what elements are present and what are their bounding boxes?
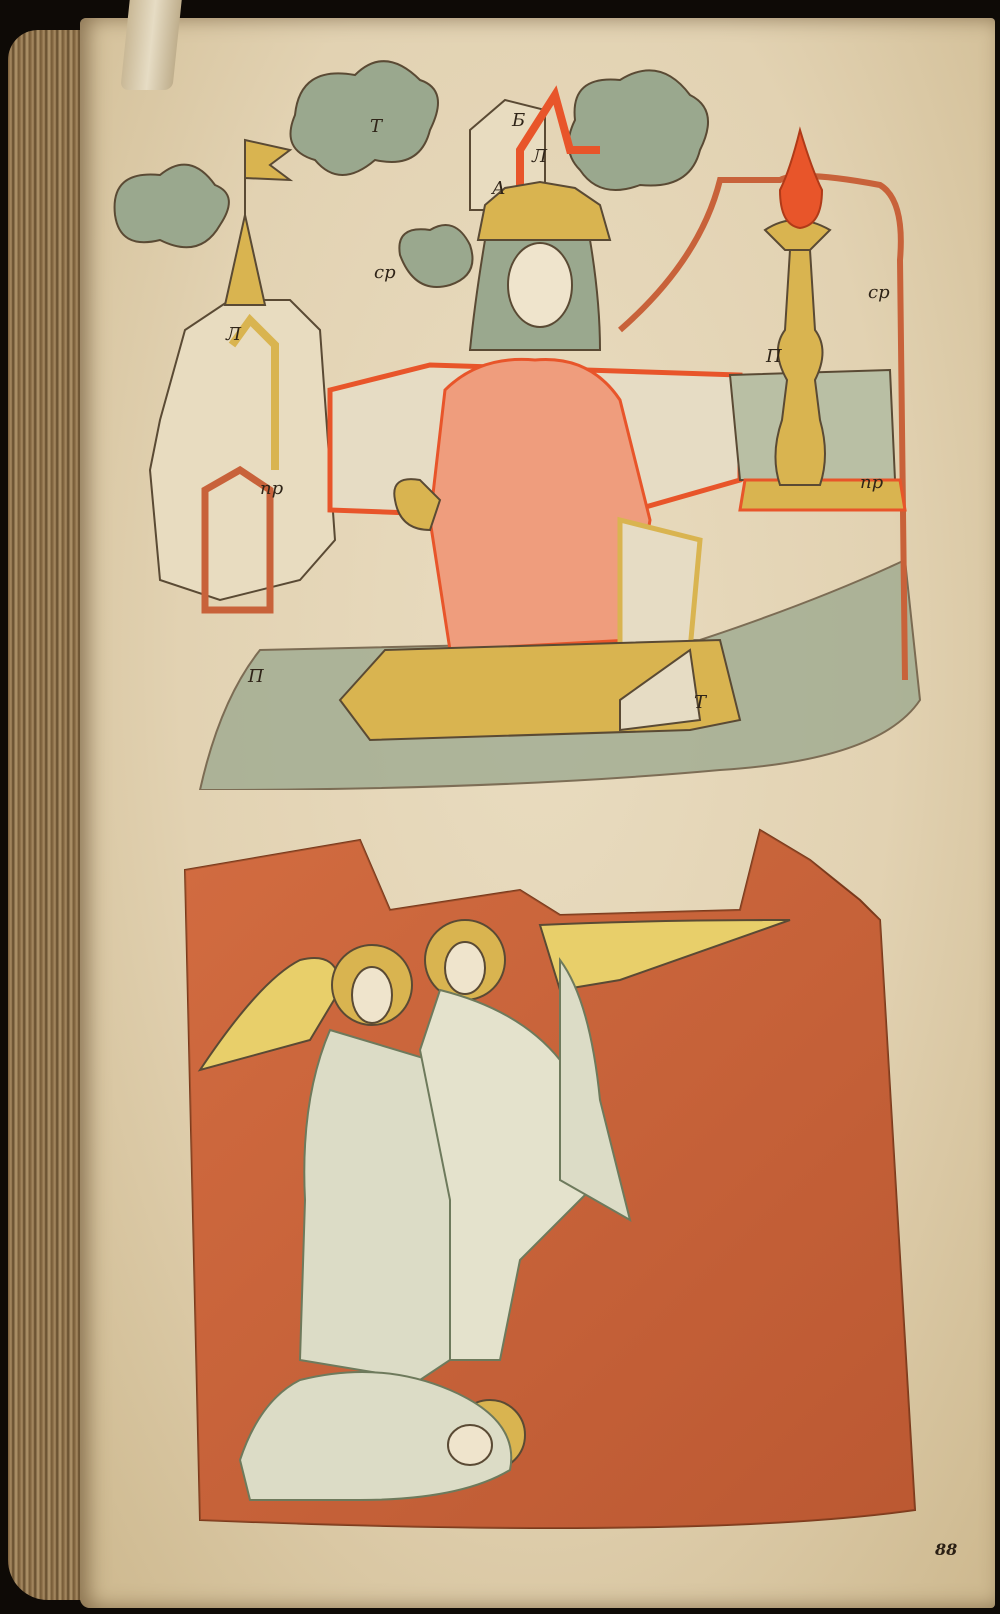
annotation-label: Т — [370, 116, 382, 137]
annotation-label: Т — [694, 692, 706, 713]
annotation-label: П — [248, 666, 264, 687]
annotation-label: Л — [532, 146, 547, 167]
folio-number: 88 — [935, 1540, 957, 1559]
annotation-label: Б — [512, 110, 525, 131]
annotation-label: пр — [260, 478, 283, 499]
annotation-label: ср — [374, 262, 396, 283]
upper-miniature — [110, 40, 940, 790]
annotation-label: Л — [226, 324, 241, 345]
annotation-label: П — [766, 346, 782, 367]
lower-miniature — [175, 805, 935, 1565]
annotation-label: пр — [860, 472, 883, 493]
annotation-label: ср — [868, 282, 890, 303]
manuscript-photograph: Б Л А Т ср ср П пр пр П Т Л 88 — [0, 0, 1000, 1614]
annotation-label: А — [492, 178, 506, 199]
